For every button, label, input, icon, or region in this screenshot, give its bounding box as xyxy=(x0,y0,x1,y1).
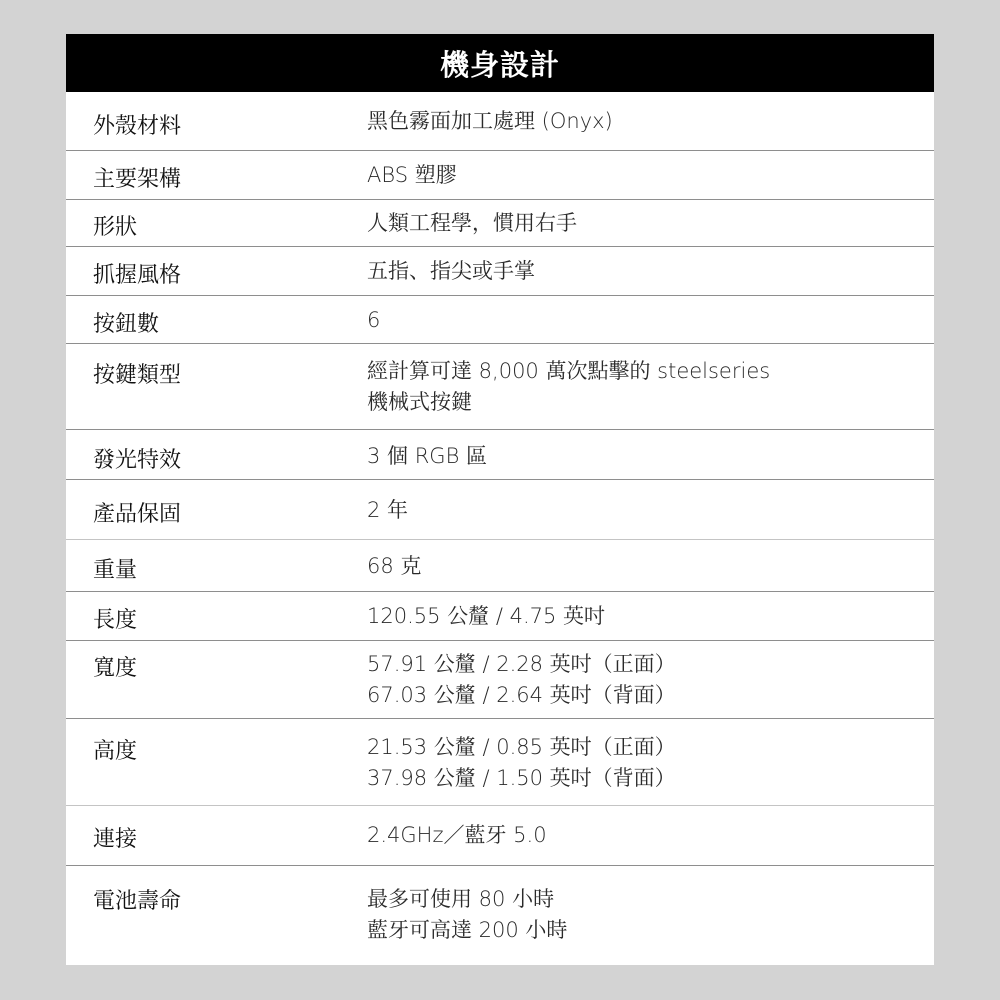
spec-label: 主要架構 xyxy=(93,162,181,193)
spec-value: 6 xyxy=(367,305,380,336)
spec-row-switch-type: 按鍵類型 經計算可達 8,000 萬次點擊的 steelseries 機械式按鍵 xyxy=(66,344,934,430)
spec-value-line: 57.91 公釐 / 2.28 英吋（正面） xyxy=(367,649,676,680)
spec-value: 經計算可達 8,000 萬次點擊的 steelseries 機械式按鍵 xyxy=(367,356,770,418)
spec-row-main-structure: 主要架構 ABS 塑膠 xyxy=(66,151,934,200)
spec-label: 發光特效 xyxy=(93,443,181,474)
spec-row-shell-material: 外殼材料 黑色霧面加工處理 (Onyx) xyxy=(66,92,934,151)
spec-value: ABS 塑膠 xyxy=(367,160,457,191)
spec-row-lighting: 發光特效 3 個 RGB 區 xyxy=(66,430,934,480)
spec-value: 57.91 公釐 / 2.28 英吋（正面） 67.03 公釐 / 2.64 英… xyxy=(367,649,676,711)
spec-row-warranty: 產品保固 2 年 xyxy=(66,480,934,540)
spec-label: 連接 xyxy=(93,822,137,853)
section-title: 機身設計 xyxy=(66,34,934,92)
spec-value: 3 個 RGB 區 xyxy=(367,441,487,472)
spec-value: 人類工程學，慣用右手 xyxy=(367,208,577,239)
spec-value-line: 人類工程學，慣用右手 xyxy=(367,208,577,239)
spec-row-button-count: 按鈕數 6 xyxy=(66,296,934,344)
spec-value: 2 年 xyxy=(367,495,408,526)
spec-value-line: 經計算可達 8,000 萬次點擊的 steelseries xyxy=(367,356,770,387)
spec-row-length: 長度 120.55 公釐 / 4.75 英吋 xyxy=(66,592,934,641)
spec-row-width: 寬度 57.91 公釐 / 2.28 英吋（正面） 67.03 公釐 / 2.6… xyxy=(66,641,934,719)
spec-label: 長度 xyxy=(93,603,137,634)
spec-value-line: 37.98 公釐 / 1.50 英吋（背面） xyxy=(367,763,676,794)
spec-row-weight: 重量 68 克 xyxy=(66,540,934,592)
spec-value-line: 3 個 RGB 區 xyxy=(367,441,487,472)
spec-value-line: 68 克 xyxy=(367,551,421,582)
spec-row-grip-style: 抓握風格 五指、指尖或手掌 xyxy=(66,247,934,296)
spec-row-shape: 形狀 人類工程學，慣用右手 xyxy=(66,200,934,247)
spec-label: 形狀 xyxy=(93,210,137,241)
spec-row-battery-life: 電池壽命 最多可使用 80 小時 藍牙可高達 200 小時 xyxy=(66,866,934,965)
spec-row-connectivity: 連接 2.4GHz／藍牙 5.0 xyxy=(66,806,934,866)
spec-value: 最多可使用 80 小時 藍牙可高達 200 小時 xyxy=(367,884,567,946)
spec-value-line: 機械式按鍵 xyxy=(367,387,770,418)
spec-value-line: 2 年 xyxy=(367,495,408,526)
spec-value: 120.55 公釐 / 4.75 英吋 xyxy=(367,601,605,632)
spec-label: 電池壽命 xyxy=(93,884,181,915)
spec-value-line: 21.53 公釐 / 0.85 英吋（正面） xyxy=(367,732,676,763)
spec-table: 機身設計 外殼材料 黑色霧面加工處理 (Onyx) 主要架構 ABS 塑膠 形狀… xyxy=(66,34,934,965)
spec-label: 重量 xyxy=(93,553,137,584)
spec-value-line: 6 xyxy=(367,305,380,336)
spec-value-line: 2.4GHz／藍牙 5.0 xyxy=(367,820,547,851)
spec-label: 產品保固 xyxy=(93,497,181,528)
spec-label: 按鍵類型 xyxy=(93,358,181,389)
spec-value-line: 120.55 公釐 / 4.75 英吋 xyxy=(367,601,605,632)
spec-value: 五指、指尖或手掌 xyxy=(367,256,535,287)
spec-label: 高度 xyxy=(93,734,137,765)
spec-value-line: 五指、指尖或手掌 xyxy=(367,256,535,287)
spec-label: 按鈕數 xyxy=(93,307,159,338)
spec-row-height: 高度 21.53 公釐 / 0.85 英吋（正面） 37.98 公釐 / 1.5… xyxy=(66,719,934,806)
spec-value-line: 67.03 公釐 / 2.64 英吋（背面） xyxy=(367,680,676,711)
spec-label: 寬度 xyxy=(93,651,137,682)
spec-value: 21.53 公釐 / 0.85 英吋（正面） 37.98 公釐 / 1.50 英… xyxy=(367,732,676,794)
spec-label: 抓握風格 xyxy=(93,258,181,289)
spec-value: 2.4GHz／藍牙 5.0 xyxy=(367,820,547,851)
spec-value-line: ABS 塑膠 xyxy=(367,160,457,191)
spec-value-line: 最多可使用 80 小時 xyxy=(367,884,567,915)
spec-value-line: 黑色霧面加工處理 (Onyx) xyxy=(367,106,613,137)
spec-label: 外殼材料 xyxy=(93,109,181,140)
spec-value: 黑色霧面加工處理 (Onyx) xyxy=(367,106,613,137)
spec-value: 68 克 xyxy=(367,551,421,582)
spec-value-line: 藍牙可高達 200 小時 xyxy=(367,915,567,946)
